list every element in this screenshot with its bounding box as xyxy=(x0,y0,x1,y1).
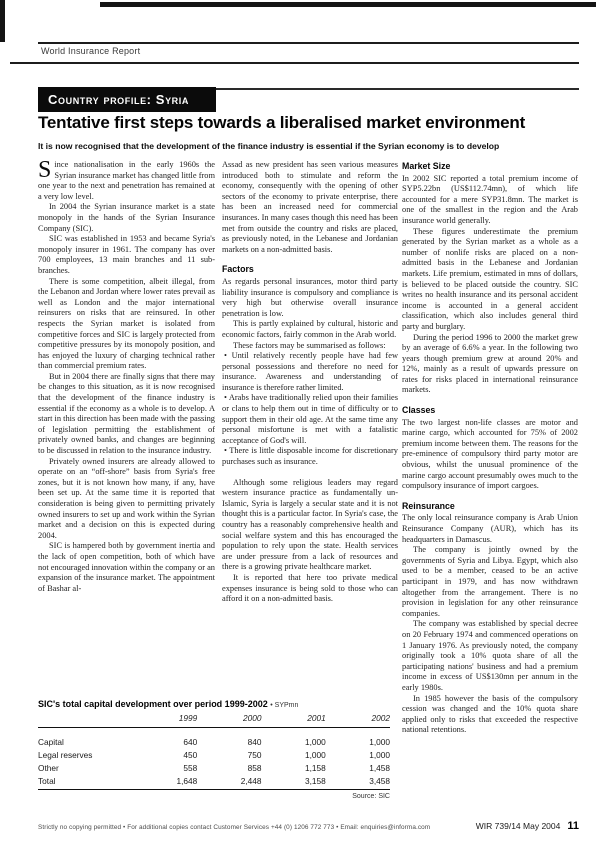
footer-issue: WIR 739/14 May 2004 xyxy=(476,821,561,831)
table-cell: 1,458 xyxy=(326,762,390,775)
table-cell: 640 xyxy=(133,728,197,749)
paragraph: But in 2004 there are finally signs that… xyxy=(38,372,215,457)
paragraph: This is partly explained by cultural, hi… xyxy=(222,319,398,340)
article-column-3: Market Size In 2002 SIC reported a total… xyxy=(402,160,578,736)
bullet-item: • There is little disposable income for … xyxy=(222,446,398,467)
table-cell: 450 xyxy=(133,749,197,762)
paragraph: Privately owned insurers are already all… xyxy=(38,457,215,542)
footer-page-number: 11 xyxy=(567,820,579,832)
bullet-item: • Until relatively recently people have … xyxy=(222,351,398,393)
table-year-header: 1999 xyxy=(133,711,197,728)
table-cell: 1,000 xyxy=(326,749,390,762)
table-row-label: Total xyxy=(38,775,133,790)
table-cell: 858 xyxy=(197,762,261,775)
paragraph: It is reported that here too private med… xyxy=(222,573,398,605)
table-year-header: 2000 xyxy=(197,711,261,728)
paragraph: In 2002 SIC reported a total premium inc… xyxy=(402,174,578,227)
paragraph: The two largest non-life classes are mot… xyxy=(402,418,578,492)
table-row: Capital 640 840 1,000 1,000 xyxy=(38,728,390,749)
scan-artifact-left-edge xyxy=(0,0,5,42)
table-cell: 1,000 xyxy=(262,728,326,749)
bullet-item: • Arabs have traditionally relied upon t… xyxy=(222,393,398,446)
standfirst: It is now recognised that the developmen… xyxy=(38,141,583,151)
table-cell: 2,448 xyxy=(197,775,261,790)
paragraph: SIC was established in 1953 and became S… xyxy=(38,234,215,276)
drop-cap: S xyxy=(38,160,54,180)
paragraph: SIC is hampered both by government inert… xyxy=(38,541,215,594)
masthead-rule-top xyxy=(38,42,579,44)
paragraph: During the period 1996 to 2000 the marke… xyxy=(402,333,578,397)
paragraph: These factors may be summarised as follo… xyxy=(222,341,398,352)
capital-table: SIC's total capital development over per… xyxy=(38,699,390,800)
kicker-banner: Country profile: Syria xyxy=(38,87,216,112)
scan-artifact-top-bar xyxy=(100,2,596,7)
table-year-header: 2002 xyxy=(326,711,390,728)
table-cell: 1,000 xyxy=(262,749,326,762)
paragraph: In 1985 however the basis of the compuls… xyxy=(402,694,578,736)
kicker-rule xyxy=(216,88,579,90)
table-row-label: Capital xyxy=(38,728,133,749)
headline: Tentative first steps towards a liberali… xyxy=(38,113,583,133)
masthead-rule-bottom xyxy=(10,62,579,64)
table-cell: 1,158 xyxy=(262,762,326,775)
paragraph: Since nationalisation in the early 1960s… xyxy=(38,160,215,202)
footer-issue-block: WIR 739/14 May 200411 xyxy=(476,820,579,832)
table-unit: • SYPmn xyxy=(270,702,298,709)
table-cell: 840 xyxy=(197,728,261,749)
paragraph: As regards personal insurances, motor th… xyxy=(222,277,398,319)
table-row-label: Other xyxy=(38,762,133,775)
table-title-row: SIC's total capital development over per… xyxy=(38,699,390,709)
table-cell: 1,648 xyxy=(133,775,197,790)
paragraph: There is some competition, albeit illega… xyxy=(38,277,215,372)
section-heading-market-size: Market Size xyxy=(402,161,578,172)
paragraph: Although some religious leaders may rega… xyxy=(222,478,398,573)
paragraph: The only local reinsurance company is Ar… xyxy=(402,513,578,545)
table-corner-cell xyxy=(38,711,133,728)
table-cell: 3,158 xyxy=(262,775,326,790)
table-row: Other 558 858 1,158 1,458 xyxy=(38,762,390,775)
page: World Insurance Report Country profile: … xyxy=(0,0,596,846)
section-heading-reinsurance: Reinsurance xyxy=(402,501,578,512)
paragraph-text: ince nationalisation in the early 1960s … xyxy=(38,160,215,201)
table-title: SIC's total capital development over per… xyxy=(38,699,268,709)
paragraph: In 2004 the Syrian insurance market is a… xyxy=(38,202,215,234)
paragraph: Assad as new president has seen various … xyxy=(222,160,398,255)
table-row: Legal reserves 450 750 1,000 1,000 xyxy=(38,749,390,762)
article-column-1: Since nationalisation in the early 1960s… xyxy=(38,160,215,594)
paragraph: These figures underestimate the premium … xyxy=(402,227,578,333)
kicker-label: Country profile: Syria xyxy=(48,92,189,107)
table-cell: 558 xyxy=(133,762,197,775)
table-row-label: Legal reserves xyxy=(38,749,133,762)
footer-copyright: Strictly no copying permitted • For addi… xyxy=(38,824,430,831)
section-heading-classes: Classes xyxy=(402,405,578,416)
table-cell: 750 xyxy=(197,749,261,762)
table-year-header: 2001 xyxy=(262,711,326,728)
article-column-2: Assad as new president has seen various … xyxy=(222,160,398,605)
table-source: Source: SIC xyxy=(38,793,390,800)
masthead-title: World Insurance Report xyxy=(41,46,140,56)
table-grid: 1999 2000 2001 2002 Capital 640 840 1,00… xyxy=(38,711,390,790)
section-heading-factors: Factors xyxy=(222,264,398,275)
table-cell: 3,458 xyxy=(326,775,390,790)
paragraph: The company was established by special d… xyxy=(402,619,578,693)
table-header-row: 1999 2000 2001 2002 xyxy=(38,711,390,728)
table-row-total: Total 1,648 2,448 3,158 3,458 xyxy=(38,775,390,790)
footer: Strictly no copying permitted • For addi… xyxy=(38,820,579,832)
paragraph: The company is jointly owned by the gove… xyxy=(402,545,578,619)
table-cell: 1,000 xyxy=(326,728,390,749)
